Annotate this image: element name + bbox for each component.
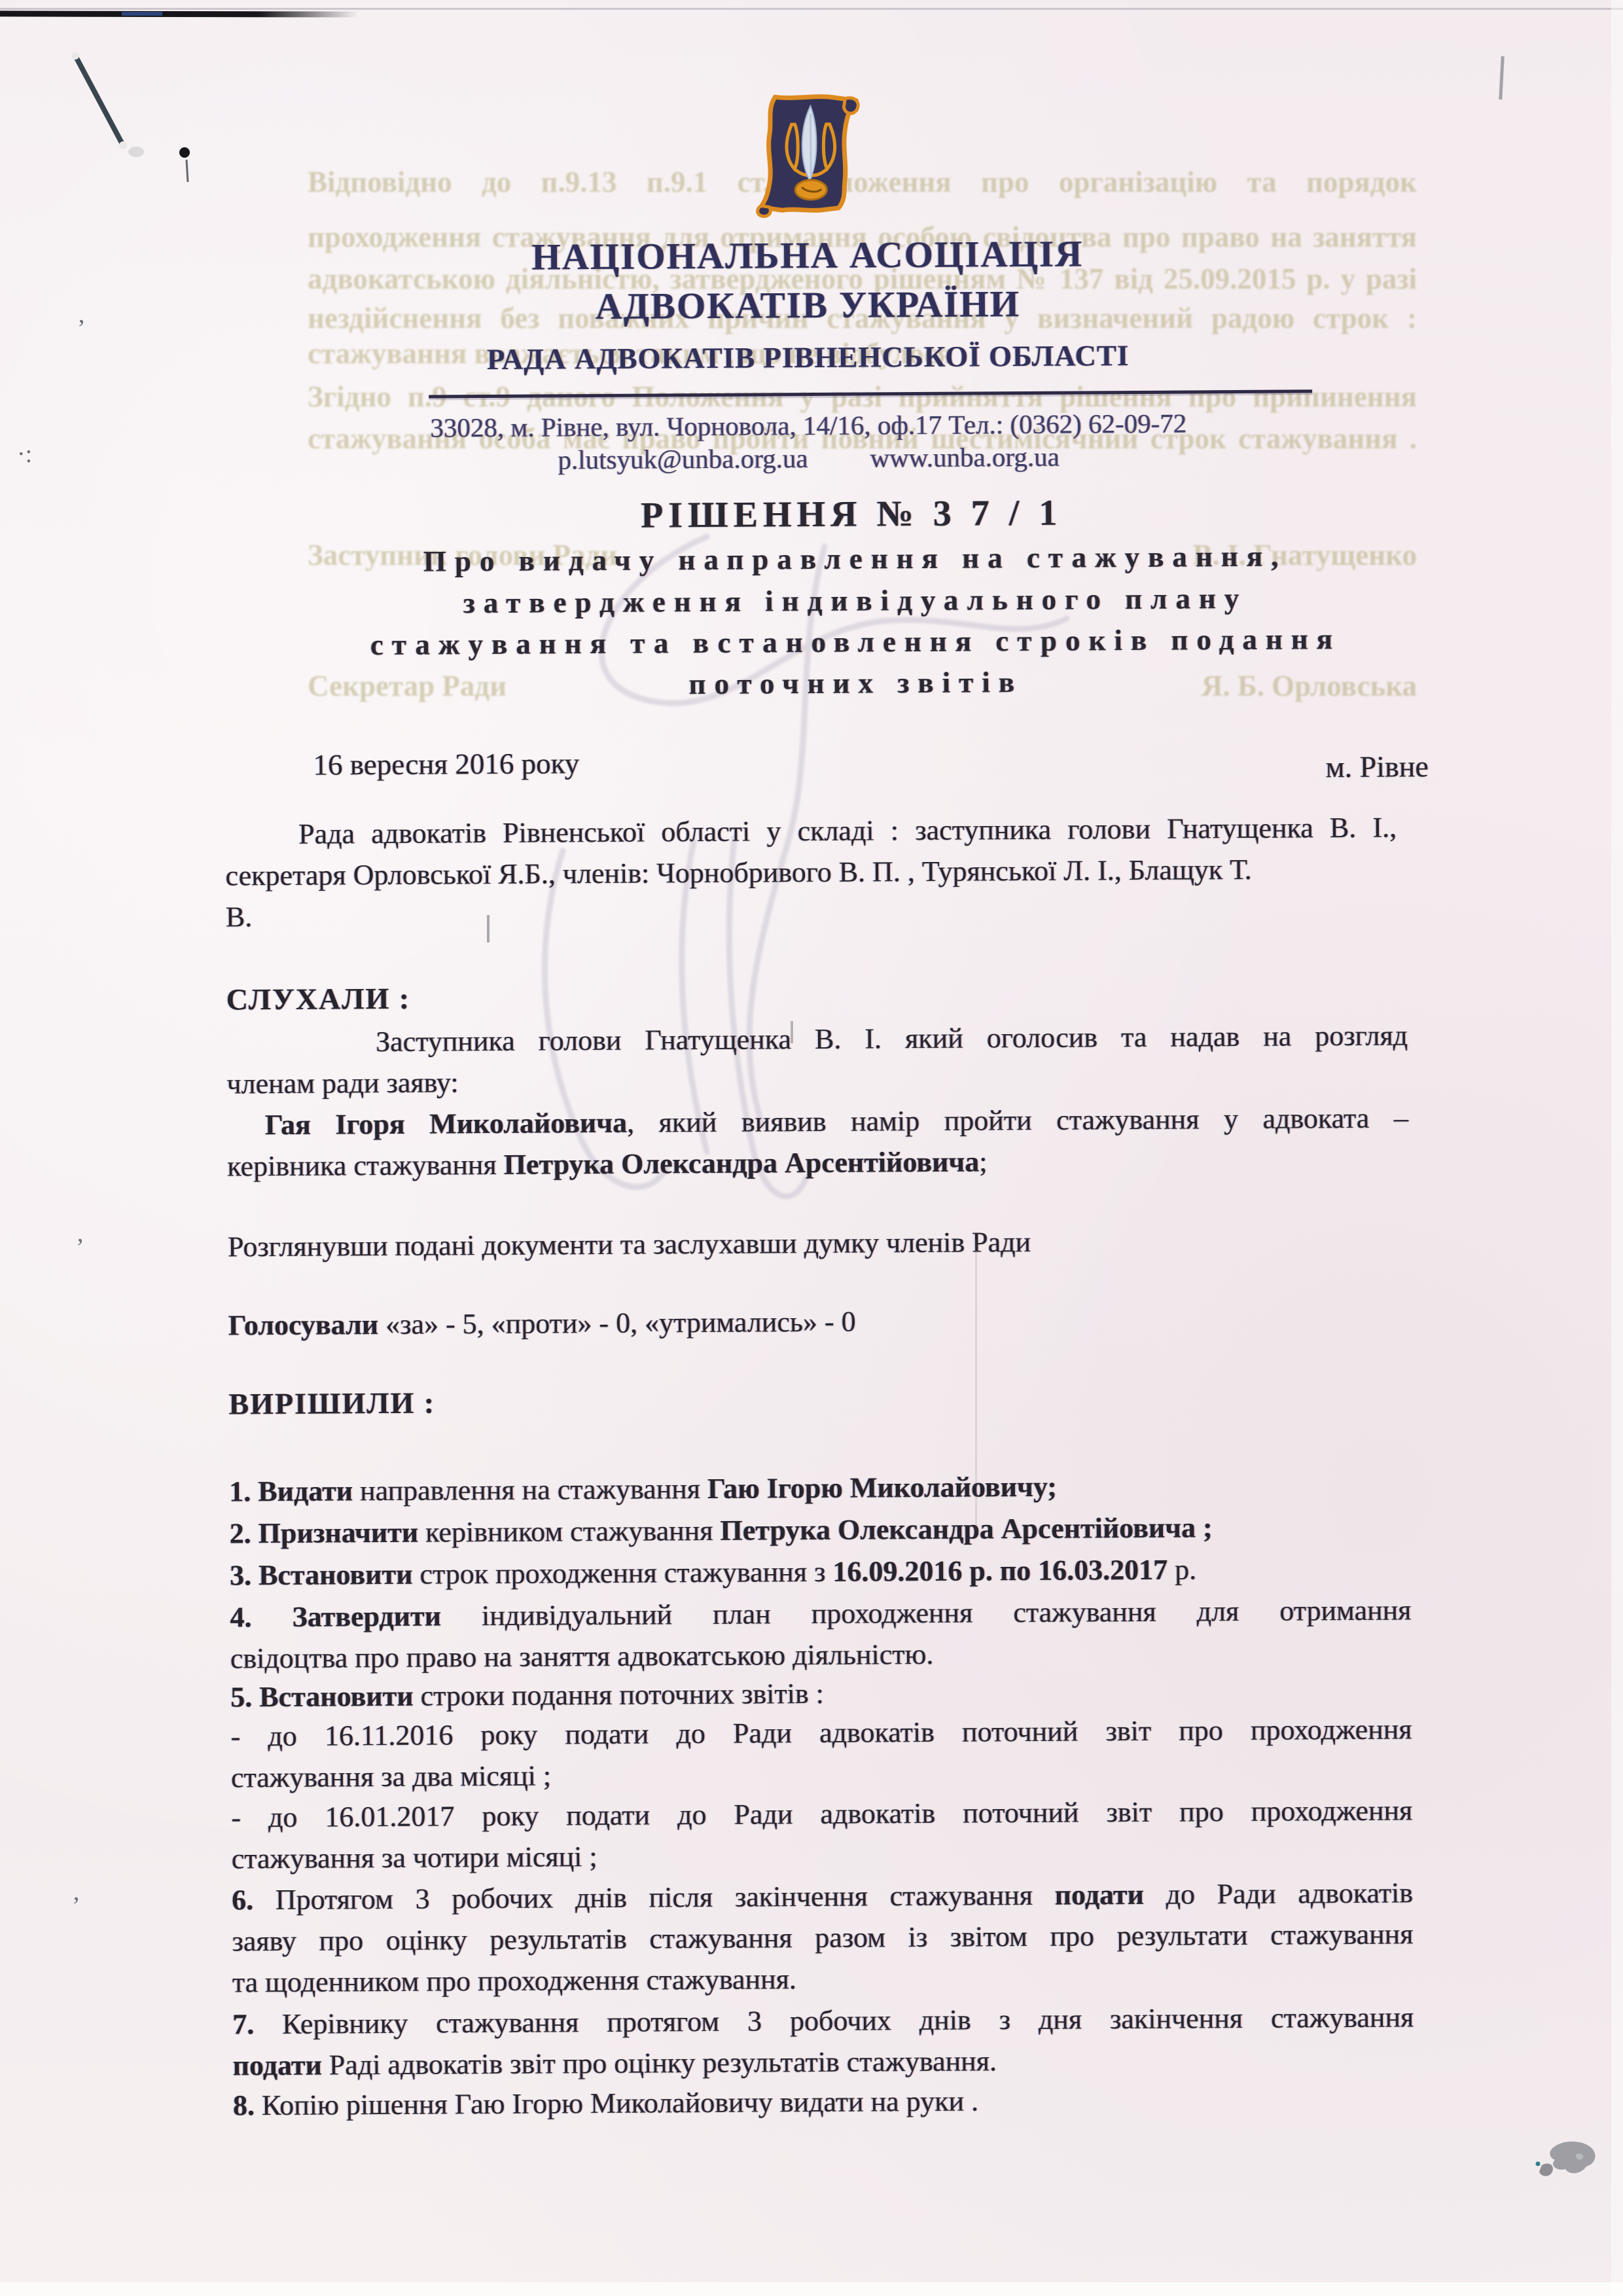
scanner-edge-line: [0, 8, 1623, 10]
decision-number-title: РІШЕННЯ № 3 7 / 1: [223, 490, 1480, 539]
paragraph-line: та щоденником про проходження стажування…: [232, 1954, 1414, 2003]
council-composition-paragraph: Рада адвокатів Рівненської області у скл…: [225, 807, 1397, 938]
paragraph-line: заяву про оцінку результатів стажування …: [232, 1913, 1413, 1962]
scan-speck: ’: [72, 1892, 80, 1920]
org-contacts-row: p.lutsyuk@unba.org.ua www.unba.org.ua: [223, 439, 1395, 478]
pen-stroke-artifact-icon: [59, 39, 209, 196]
org-website: www.unba.org.ua: [870, 441, 1060, 474]
ink-smudge-artifact-icon: [1518, 2135, 1610, 2200]
heard-paragraph: Заступника голови Гнатущенка В. І. який …: [226, 1014, 1408, 1104]
paragraph-line: 6. Протягом 3 робочих днів після закінче…: [232, 1872, 1413, 1920]
paragraph-line: Рада адвокатів Рівненської області у скл…: [225, 807, 1397, 855]
report-deadline-bullet-1: - до 16.11.2016 року подати до Ради адво…: [230, 1708, 1412, 1798]
org-name-line3: РАДА АДВОКАТІВ РІВНЕНСЬКОЇ ОБЛАСТІ: [223, 337, 1394, 378]
unba-emblem-logo: [754, 87, 867, 220]
paragraph-line: В.: [226, 889, 1397, 938]
letterhead-divider: [429, 389, 1312, 398]
decision-subject-line: затвердження індивідуального плану: [279, 579, 1431, 622]
scanned-document-page: Відповідно до п.9.13 п.9.1 ст. Положення…: [0, 0, 1623, 2296]
resolution-item-1: 1. Видати направлення на стажування Гаю …: [229, 1463, 1410, 1512]
org-email: p.lutsyuk@unba.org.ua: [558, 442, 808, 475]
paragraph-line: стажування за чотири місяці ;: [232, 1831, 1413, 1879]
paper-crease: [975, 1240, 977, 1532]
voting-results-line: Голосували «за» - 5, «проти» - 0, «утрим…: [228, 1297, 1410, 1346]
org-name-line2: АДВОКАТІВ УКРАЇНИ: [222, 281, 1393, 331]
paragraph-line: секретаря Орловської Я.Б., членів: Чорно…: [225, 848, 1397, 897]
org-address: 33028, м. Рівне, вул. Чорновола, 14/16, …: [223, 406, 1394, 445]
scan-speck: [487, 915, 490, 942]
scan-speck: ’: [76, 1233, 84, 1262]
decision-subject-line: стажування та встановлення строків подан…: [279, 620, 1431, 664]
paragraph-line: - до 16.01.2017 року подати до Ради адво…: [231, 1789, 1412, 1838]
decision-place: м. Рівне: [1325, 749, 1429, 784]
resolution-item-2: 2. Призначити керівником стажування Петр…: [230, 1505, 1411, 1554]
applicant-paragraph: Гая Ігоря Миколайовича, який виявив намі…: [227, 1097, 1409, 1187]
report-deadline-bullet-2: - до 16.01.2017 року подати до Ради адво…: [231, 1789, 1413, 1879]
document-content: НАЦІОНАЛЬНА АСОЦІАЦІЯ АДВОКАТІВ УКРАЇНИ …: [0, 0, 1623, 2296]
org-name-line1: НАЦІОНАЛЬНА АСОЦІАЦІЯ: [222, 231, 1393, 281]
paragraph-line: Заступника голови Гнатущенка В. І. який …: [226, 1014, 1408, 1063]
scan-speck: [791, 1021, 793, 1043]
scanner-edge-tint: [122, 12, 162, 16]
paragraph-line: - до 16.11.2016 року подати до Ради адво…: [230, 1708, 1412, 1757]
resolution-item-3: 3. Встановити строк проходження стажуван…: [230, 1547, 1411, 1596]
considered-paragraph: Розглянувши подані документи та заслухав…: [228, 1219, 1409, 1267]
decision-subject-line: поточних звітів: [280, 661, 1432, 705]
decision-date: 16 вересня 2016 року: [313, 746, 579, 781]
decision-subject-line: Про видачу направлення на стажування,: [279, 537, 1431, 581]
paragraph-line: 4. Затвердити індивідуальний план проход…: [230, 1589, 1411, 1638]
resolution-item-8: 8. Копію рішення Гаю Ігорю Миколайовичу …: [233, 2077, 1414, 2126]
scanner-bottom-strip: [0, 2282, 1623, 2296]
scan-speck: ’: [77, 314, 86, 343]
paragraph-line: членам ради заяву:: [226, 1056, 1408, 1104]
paragraph-line: 7. Керівнику стажування протягом 3 робоч…: [232, 1996, 1414, 2045]
resolution-item-4: 4. Затвердити індивідуальний план проход…: [230, 1589, 1412, 1679]
resolution-item-6: 6. Протягом 3 робочих днів після закінче…: [232, 1872, 1414, 2003]
paragraph-line: керівника стажування Петрука Олександра …: [227, 1138, 1408, 1187]
heard-section-label: СЛУХАЛИ :: [226, 971, 1408, 1020]
scanner-right-strip: [1611, 0, 1623, 2296]
scanner-dark-edge: [0, 10, 359, 17]
resolution-item-7: 7. Керівнику стажування протягом 3 робоч…: [232, 1996, 1414, 2086]
resolved-section-label: ВИРІШИЛИ :: [228, 1376, 1410, 1424]
scan-speck: ·:: [17, 440, 32, 469]
paragraph-line: Гая Ігоря Миколайовича, який виявив намі…: [227, 1097, 1408, 1145]
